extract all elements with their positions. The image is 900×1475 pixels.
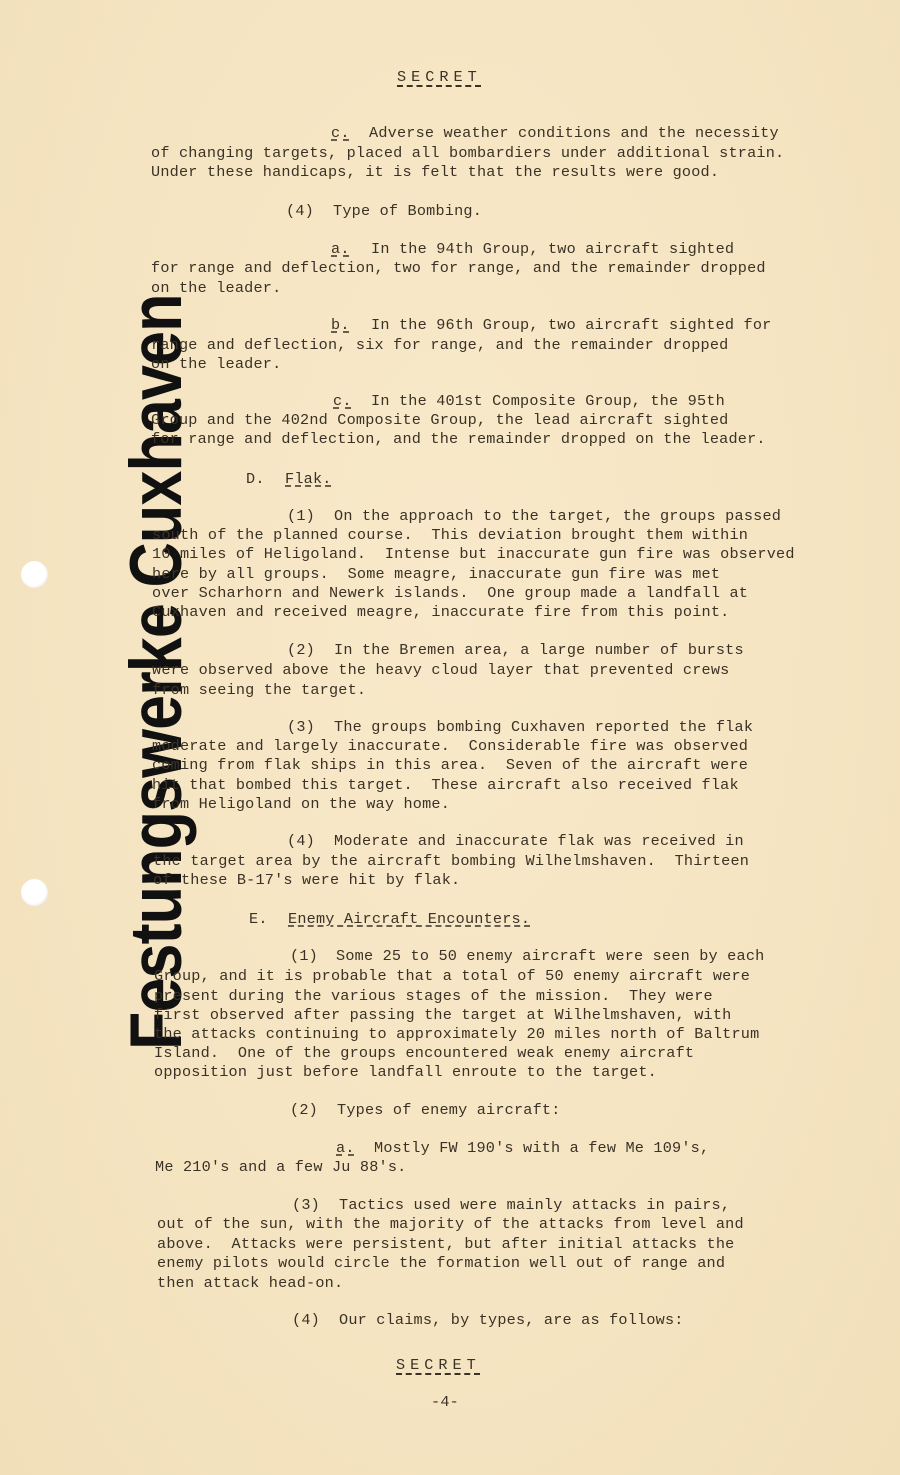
header-classification: SECRET [397, 68, 482, 87]
bombing-c-marker: c. [333, 392, 352, 411]
bombing-a-marker: a. [331, 240, 350, 259]
document-page: Festungswerke Cuxhaven SECRET c. Adverse… [0, 0, 900, 1475]
enemy-p1-line-5: the attacks continuing to approximately … [154, 1025, 759, 1044]
flak-p4-line-2: the target area by the aircraft bombing … [153, 852, 749, 871]
enemy-p3-line-5: then attack head-on. [157, 1274, 343, 1293]
enemy-title: Enemy Aircraft Encounters. [288, 910, 530, 929]
intro-c-line-2: of changing targets, placed all bombardi… [151, 144, 784, 163]
flak-letter: D. [246, 470, 265, 489]
bombing-c-line-3: for range and deflection, and the remain… [151, 430, 766, 449]
flak-p1-line-2: south of the planned course. This deviat… [152, 526, 748, 545]
flak-p1-line-1: On the approach to the target, the group… [334, 507, 781, 526]
bombing-type-heading: Type of Bombing. [333, 202, 482, 221]
enemy-p1-line-3: present during the various stages of the… [154, 987, 713, 1006]
flak-p3-line-4: hit that bombed this target. These aircr… [152, 776, 739, 795]
intro-c-line-1: Adverse weather conditions and the neces… [369, 124, 779, 143]
enemy-p4-num: (4) [292, 1311, 320, 1330]
enemy-p2-num: (2) [290, 1101, 318, 1120]
enemy-p4-text: Our claims, by types, are as follows: [339, 1311, 684, 1330]
footer-classification: SECRET [396, 1356, 481, 1375]
flak-p3-line-3: coming from flak ships in this area. Sev… [152, 756, 748, 775]
flak-p3-line-5: from Heligoland on the way home. [152, 795, 450, 814]
enemy-p1-line-4: first observed after passing the target … [154, 1006, 731, 1025]
intro-c-marker: c. [331, 124, 350, 143]
enemy-p3-num: (3) [292, 1196, 320, 1215]
flak-p3-line-1: The groups bombing Cuxhaven reported the… [334, 718, 753, 737]
flak-p1-num: (1) [287, 507, 315, 526]
bombing-b-line-3: on the leader. [151, 355, 281, 374]
punch-hole-lower [21, 879, 48, 906]
enemy-p1-line-2: Group, and it is probable that a total o… [154, 967, 750, 986]
enemy-letter: E. [249, 910, 268, 929]
enemy-p3-line-1: Tactics used were mainly attacks in pair… [339, 1196, 730, 1215]
flak-p1-line-6: Cuxhaven and received meagre, inaccurate… [152, 603, 729, 622]
bombing-a-line-3: on the leader. [151, 279, 281, 298]
enemy-p1-num: (1) [290, 947, 318, 966]
enemy-p2-a-marker: a. [336, 1139, 355, 1158]
flak-p3-line-2: moderate and largely inaccurate. Conside… [152, 737, 748, 756]
bombing-b-marker: b. [331, 316, 350, 335]
flak-p1-line-5: over Scharhorn and Newerk islands. One g… [152, 584, 748, 603]
enemy-p1-line-7: opposition just before landfall enroute … [154, 1063, 657, 1082]
flak-p3-num: (3) [287, 718, 315, 737]
flak-p2-line-3: from seeing the target. [152, 681, 366, 700]
enemy-p1-line-6: Island. One of the groups encountered we… [154, 1044, 694, 1063]
punch-hole-upper [21, 561, 48, 588]
bombing-type-num: (4) [286, 202, 314, 221]
flak-p1-line-3: 10 miles of Heligoland. Intense but inac… [152, 545, 795, 564]
flak-p2-num: (2) [287, 641, 315, 660]
enemy-p2-a-line-2: Me 210's and a few Ju 88's. [155, 1158, 406, 1177]
enemy-p2-a-line-1: Mostly FW 190's with a few Me 109's, [374, 1139, 709, 1158]
intro-c-line-3: Under these handicaps, it is felt that t… [151, 163, 719, 182]
enemy-p3-line-3: above. Attacks were persistent, but afte… [157, 1235, 734, 1254]
bombing-a-line-1: In the 94th Group, two aircraft sighted [371, 240, 734, 259]
bombing-a-line-2: for range and deflection, two for range,… [151, 259, 766, 278]
flak-p1-line-4: here by all groups. Some meagre, inaccur… [152, 565, 720, 584]
enemy-p1-line-1: Some 25 to 50 enemy aircraft were seen b… [336, 947, 764, 966]
flak-p2-line-1: In the Bremen area, a large number of bu… [334, 641, 744, 660]
flak-p2-line-2: were observed above the heavy cloud laye… [152, 661, 729, 680]
page-number: -4- [431, 1393, 459, 1412]
flak-p4-num: (4) [287, 832, 315, 851]
flak-p4-line-1: Moderate and inaccurate flak was receive… [334, 832, 744, 851]
enemy-p3-line-2: out of the sun, with the majority of the… [157, 1215, 744, 1234]
enemy-p2-heading: Types of enemy aircraft: [337, 1101, 561, 1120]
bombing-c-line-1: In the 401st Composite Group, the 95th [371, 392, 725, 411]
bombing-b-line-2: range and deflection, six for range, and… [151, 336, 728, 355]
enemy-p3-line-4: enemy pilots would circle the formation … [157, 1254, 725, 1273]
flak-p4-line-3: of these B-17's were hit by flak. [153, 871, 460, 890]
flak-title: Flak. [285, 470, 332, 489]
bombing-b-line-1: In the 96th Group, two aircraft sighted … [371, 316, 772, 335]
bombing-c-line-2: Group and the 402nd Composite Group, the… [151, 411, 728, 430]
